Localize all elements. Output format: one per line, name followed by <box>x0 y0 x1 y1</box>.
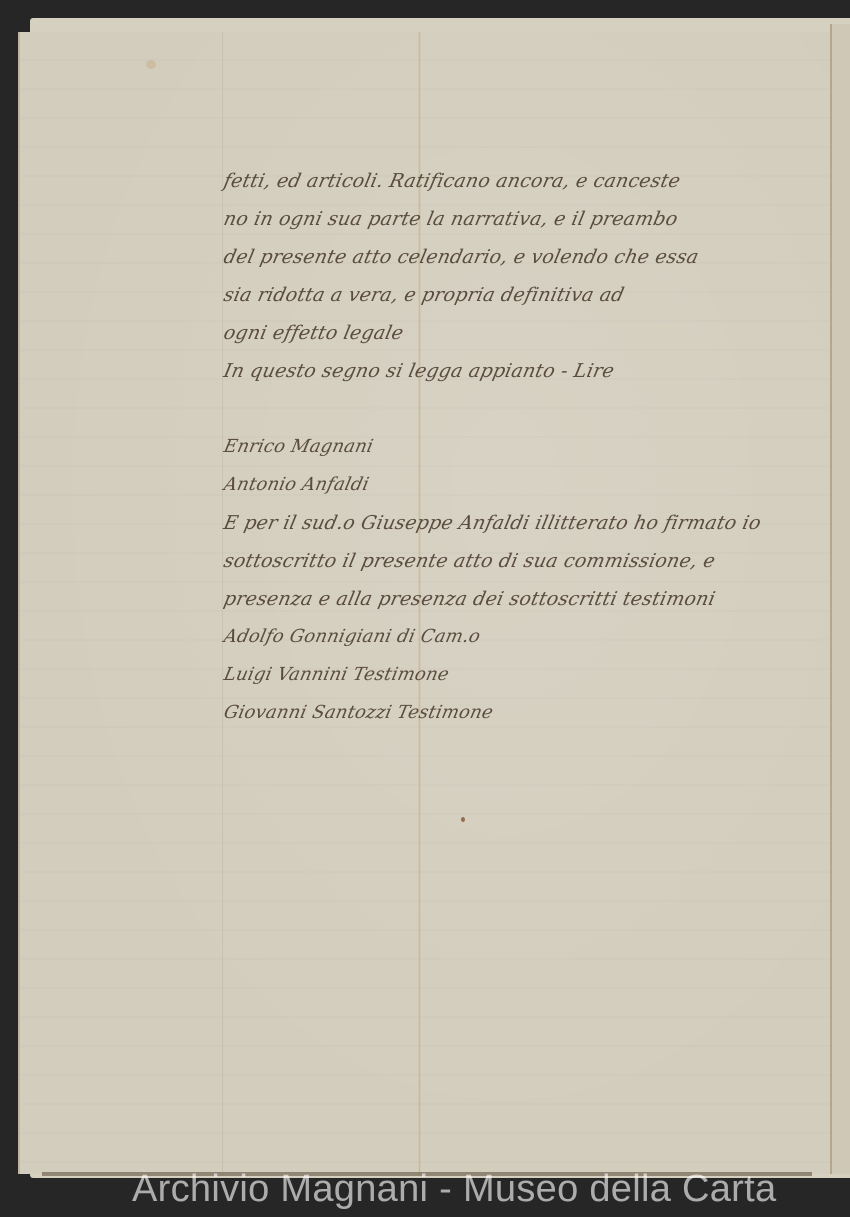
attestation-line: E per il sud.o Giuseppe Anfaldi illitter… <box>220 504 768 542</box>
handwritten-text: fetti, ed articoli. Ratificano ancora, e… <box>220 162 760 732</box>
signature-line: Enrico Magnani <box>220 428 768 466</box>
attestation-line: presenza e alla presenza dei sottoscritt… <box>220 580 768 618</box>
body-line: fetti, ed articoli. Ratificano ancora, e… <box>220 162 768 200</box>
signature-line: Antonio Anfaldi <box>220 466 768 504</box>
adjacent-page-edge <box>830 24 850 1174</box>
body-line: no in ogni sua parte la narrativa, e il … <box>220 200 768 238</box>
witness-signature: Giovanni Santozzi Testimone <box>220 694 768 732</box>
signature-line: Adolfo Gonnigiani di Cam.o <box>220 618 768 656</box>
paper-stain <box>146 60 156 69</box>
witness-signature: Luigi Vannini Testimone <box>220 656 768 694</box>
body-line: ogni effetto legale <box>220 314 768 352</box>
body-line: del presente atto celendario, e volendo … <box>220 238 768 276</box>
paper-stain <box>461 817 465 822</box>
body-line: sia ridotta a vera, e propria definitiva… <box>220 276 768 314</box>
body-line: In questo segno si legga appianto - Lire <box>220 352 768 390</box>
archive-watermark: Archivio Magnani - Museo della Carta <box>132 1168 776 1211</box>
manuscript-page: fetti, ed articoli. Ratificano ancora, e… <box>20 32 830 1174</box>
attestation-line: sottoscritto il presente atto di sua com… <box>220 542 768 580</box>
